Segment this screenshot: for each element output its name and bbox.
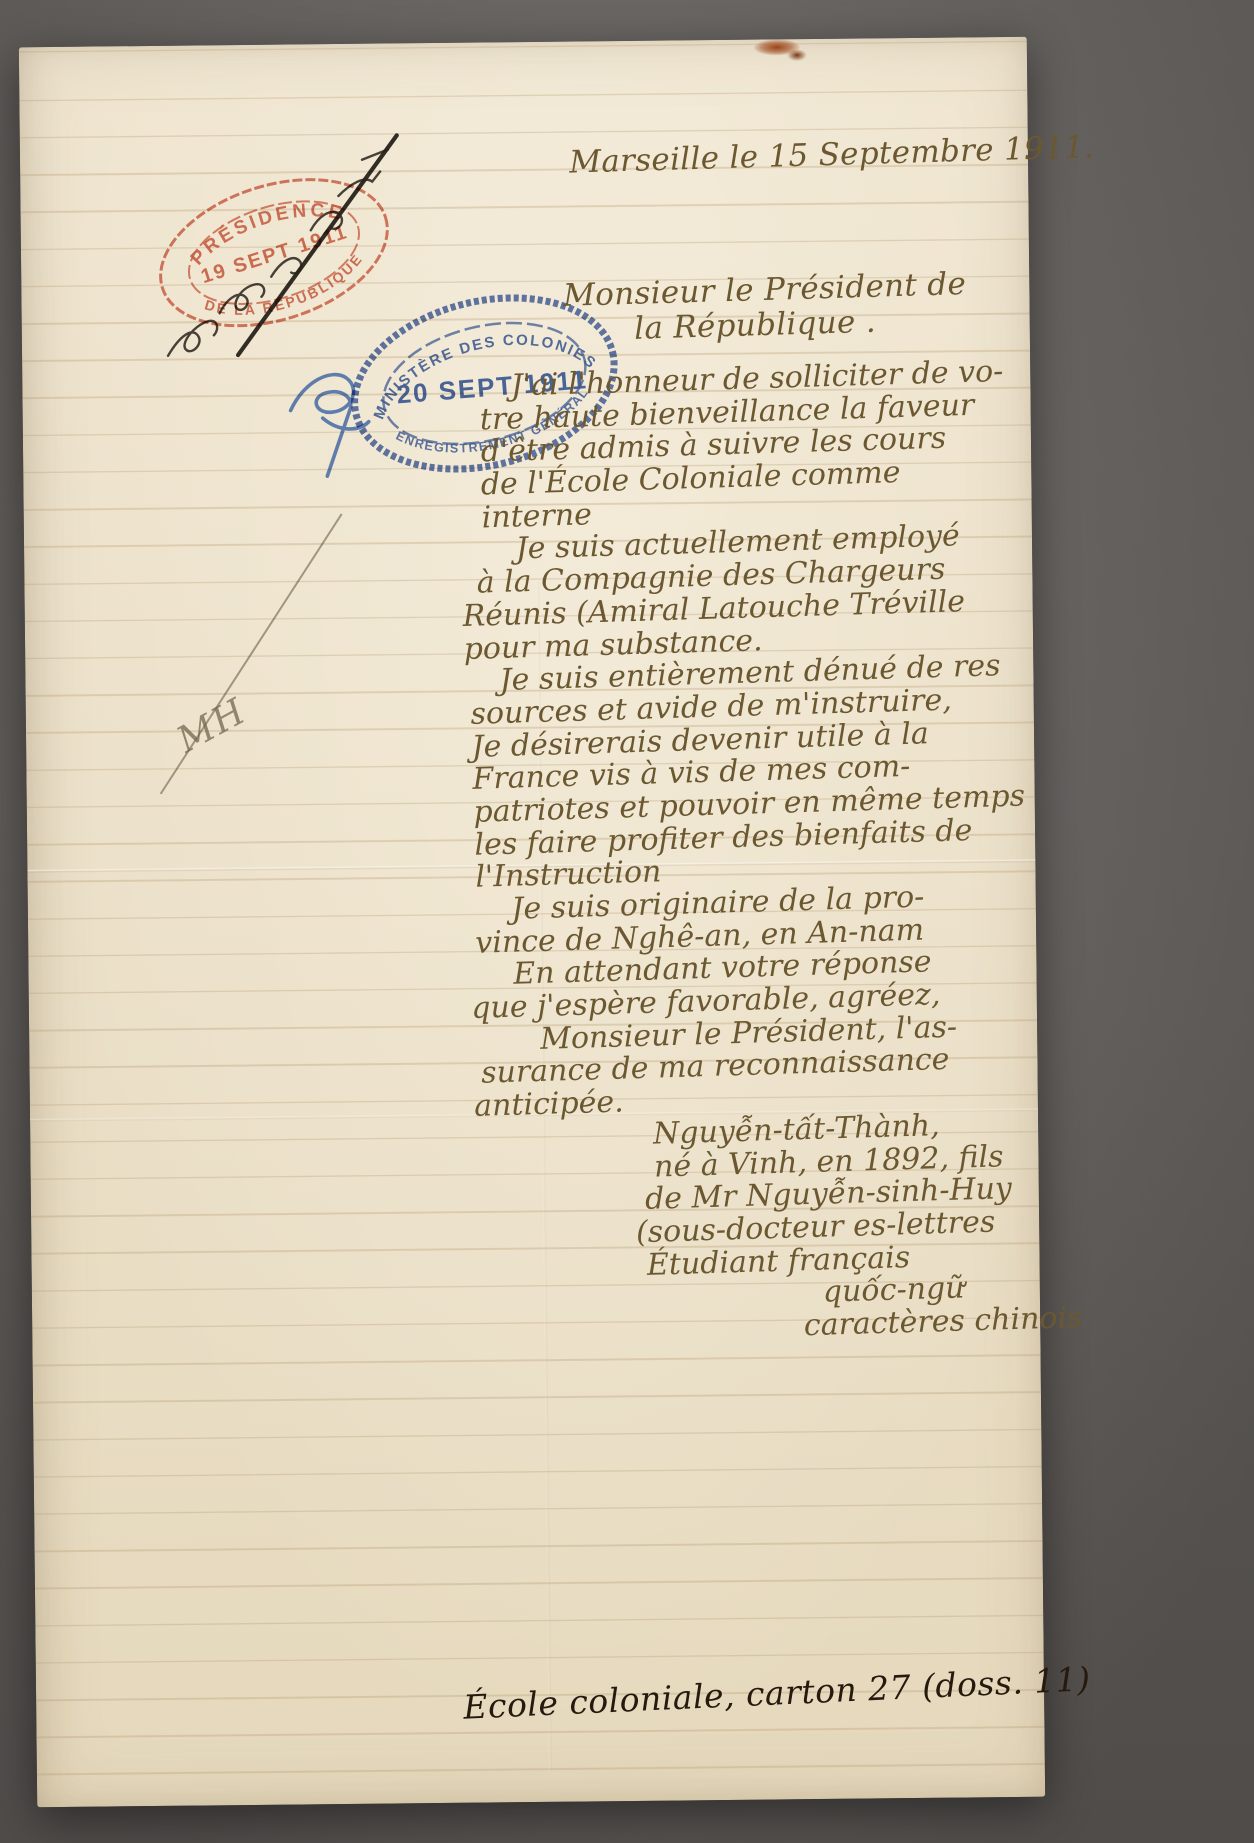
signature-line: caractères chinois [803, 1302, 1094, 1343]
letter-body: J'ai l'honneur de solliciter de vo- tre … [445, 354, 1094, 1353]
letter-dateline: Marseille le 15 Septembre 1911. [569, 129, 1095, 181]
letter-ink-layer: Marseille le 15 Septembre 1911. Monsieur… [9, 25, 1069, 1814]
letter-paper-sheet: PRÉSIDENCE 19 SEPT 1911 DE LA RÉPUBLIQUE… [19, 37, 1045, 1807]
letter-salutation-line2: la République . [634, 304, 877, 347]
photo-background: PRÉSIDENCE 19 SEPT 1911 DE LA RÉPUBLIQUE… [0, 0, 1254, 1843]
